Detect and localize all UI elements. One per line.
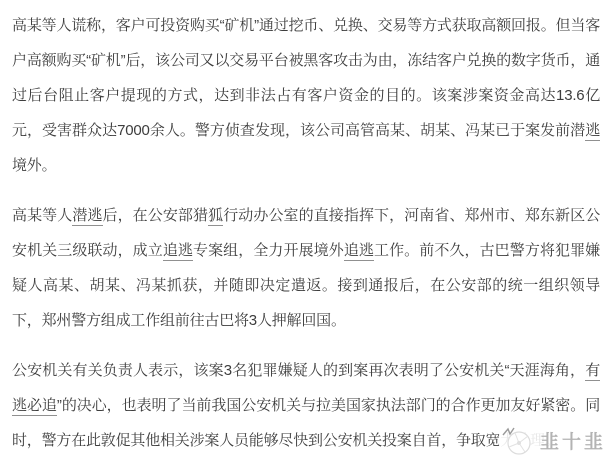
- article-text: 高某等人谎称，客户可投资购买“矿机”通过挖币、兑换、交易等方式获取高额回报。但当…: [0, 0, 612, 458]
- text-segment: 公安机关有关负责人表示，该案3名犯罪嫌疑人的到案再次表明了公安机关“天涯海角，: [12, 362, 585, 379]
- underlined-keyword: 狐: [208, 207, 223, 226]
- paragraph: 高某等人潜逃后，在公安部猎狐行动办公室的直接指挥下，河南省、郑州市、郑东新区公安…: [12, 198, 600, 338]
- watermark-text: 韭十韭: [540, 433, 606, 452]
- text-segment: 高某等人谎称，客户可投资购买“矿机”通过挖币、兑换、交易等方式获取高额回报。但当…: [12, 17, 600, 139]
- underlined-keyword: 追逃: [344, 242, 374, 261]
- underlined-keyword: 潜逃: [72, 207, 102, 226]
- watermark-logo-icon: [501, 425, 535, 459]
- paragraph: 高某等人谎称，客户可投资购买“矿机”通过挖币、兑换、交易等方式获取高额回报。但当…: [12, 8, 600, 183]
- text-segment: 后，在公安部猎: [103, 207, 209, 224]
- underlined-keyword: 追逃: [163, 242, 193, 261]
- underlined-keyword: 逃: [585, 122, 600, 141]
- text-segment: 高某等人: [12, 207, 72, 224]
- text-segment: 专案组，全力开展境外: [193, 242, 344, 259]
- watermark: 韭十韭: [499, 423, 610, 461]
- text-segment: 境外。: [12, 157, 56, 174]
